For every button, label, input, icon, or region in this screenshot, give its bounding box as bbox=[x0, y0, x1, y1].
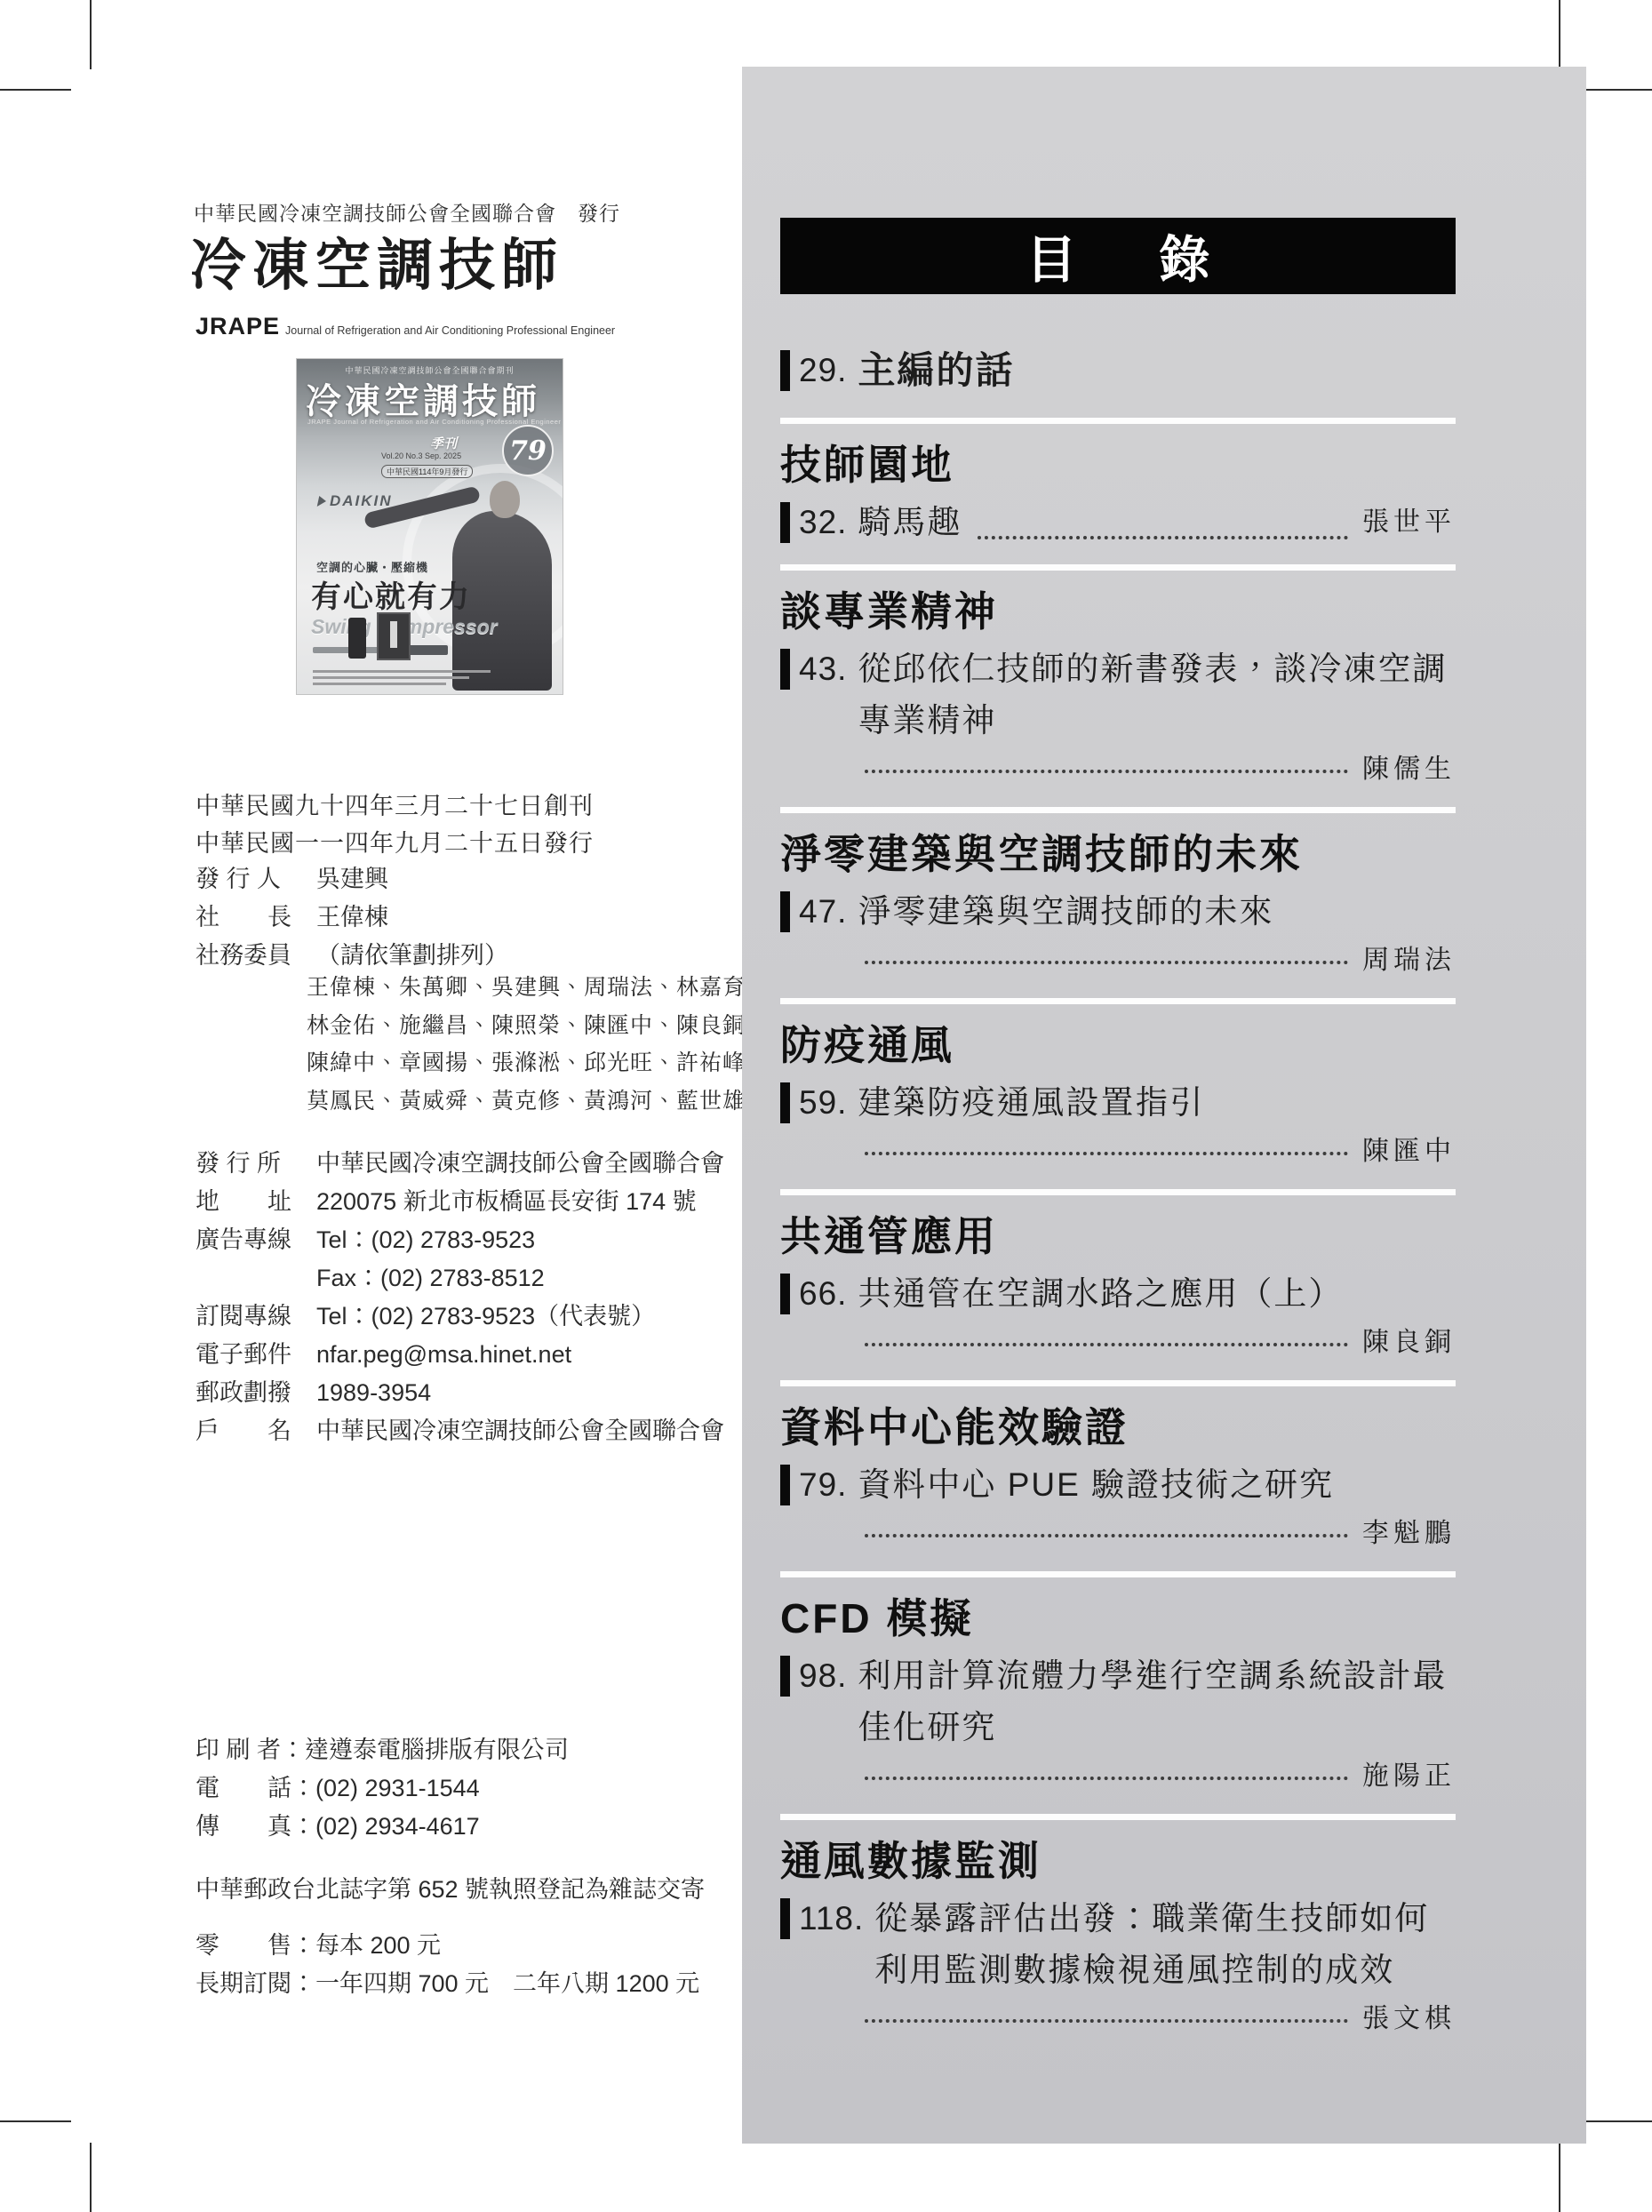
printer-info: 印 刷 者：達遵泰電腦排版有限公司 電 話：(02) 2931-1544 傳 真… bbox=[196, 1731, 569, 1846]
jrape-wordmark: JRAPE bbox=[196, 313, 280, 339]
author-row: 施陽正 bbox=[780, 1753, 1456, 1793]
entry-page-number: 118. bbox=[799, 1893, 864, 1996]
printer-phone-line: 電 話：(02) 2931-1544 bbox=[196, 1769, 569, 1808]
section-header: 防疫通風 bbox=[780, 1022, 1456, 1068]
dot-leader bbox=[865, 1129, 1348, 1155]
printer-line: 印 刷 者：達遵泰電腦排版有限公司 bbox=[196, 1731, 569, 1769]
author-name: 陳良銅 bbox=[1362, 1320, 1456, 1359]
entry-tick-icon bbox=[780, 502, 790, 543]
printer-fax-line: 傳 真：(02) 2934-4617 bbox=[196, 1808, 569, 1846]
section-divider bbox=[780, 418, 1456, 424]
info-value: Fax：(02) 2783-8512 bbox=[316, 1259, 746, 1298]
cover-fineprint-bar bbox=[313, 670, 491, 673]
entry-title: 主編的話 bbox=[858, 345, 1456, 396]
entry-title: 淨零建築與空調技師的未來 bbox=[858, 886, 1456, 938]
cover-title: 冷凍空調技師 bbox=[306, 373, 540, 424]
dot-leader bbox=[865, 938, 1348, 964]
toc-header-title: 目 錄 bbox=[1010, 220, 1226, 292]
committee-row: 林金佑、施繼昌、陳照榮、陳匯中、陳良銅 bbox=[307, 1007, 746, 1045]
section-header: 共通管應用 bbox=[780, 1213, 1456, 1259]
section-header: 通風數據監測 bbox=[780, 1838, 1456, 1884]
section-divider bbox=[780, 1571, 1456, 1577]
crop-mark-top-right-h bbox=[1581, 89, 1652, 91]
entry-title: 騎馬趣 bbox=[858, 497, 962, 552]
section-divider bbox=[780, 1189, 1456, 1195]
cover-volume-line: Vol.20 No.3 Sep. 2025 bbox=[381, 451, 461, 460]
cover-person-head bbox=[490, 481, 520, 518]
toc-entry: 59. 建築防疫通風設置指引 bbox=[780, 1077, 1456, 1129]
author-row: 李魁鵬 bbox=[780, 1511, 1456, 1550]
postal-registration-line: 中華郵政台北誌字第 652 號執照登記為雜誌交寄 bbox=[196, 1870, 705, 1905]
committee-label: 社務委員 bbox=[196, 937, 304, 975]
committee-row: 莫鳳民、黃威舜、黃克修、黃鴻河、藍世雄 bbox=[307, 1082, 746, 1121]
info-label: 地 址 bbox=[196, 1183, 304, 1221]
author-row: 陳儒生 bbox=[780, 747, 1456, 786]
journal-subtitle-line: JRAPEJournal of Refrigeration and Air Co… bbox=[196, 313, 615, 340]
cover-slogan: 有心就有力 bbox=[311, 572, 471, 616]
entry-tick-icon bbox=[780, 1274, 790, 1314]
toc-entry-editors-note: 29. 主編的話 bbox=[780, 345, 1456, 396]
entry-tick-icon bbox=[780, 1465, 790, 1505]
toc-entry: 79. 資料中心 PUE 驗證技術之研究 bbox=[780, 1459, 1456, 1511]
entry-title: 共通管在空調水路之應用（上） bbox=[858, 1268, 1456, 1320]
entry-title: 利用計算流體力學進行空調系統設計最佳化研究 bbox=[858, 1650, 1456, 1753]
author-name: 周瑞法 bbox=[1362, 938, 1456, 977]
info-value: 220075 新北市板橋區長安街 174 號 bbox=[316, 1183, 746, 1221]
crop-mark-bottom-right-v bbox=[1559, 2143, 1560, 2212]
cover-compressor-thumb bbox=[348, 618, 366, 659]
dot-leader bbox=[865, 1320, 1348, 1346]
toc-entry: 98. 利用計算流體力學進行空調系統設計最佳化研究 bbox=[780, 1650, 1456, 1753]
dot-leader bbox=[865, 1511, 1348, 1537]
info-value: Tel：(02) 2783-9523 bbox=[316, 1221, 746, 1259]
toc-entry: 118. 從暴露評估出發：職業衛生技師如何利用監測數據檢視通風控制的成效 bbox=[780, 1893, 1456, 1996]
section-header: 技師園地 bbox=[780, 442, 1456, 488]
section-divider bbox=[780, 1814, 1456, 1820]
entry-tick-icon bbox=[780, 1082, 790, 1123]
issued-line: 中華民國一一四年九月二十五日發行 bbox=[196, 825, 594, 862]
info-value: 中華民國冷凍空調技師公會全國聯合會 bbox=[316, 1145, 746, 1183]
author-name: 張文棋 bbox=[1362, 1996, 1456, 2035]
daikin-logo: DAIKIN bbox=[318, 492, 393, 510]
cover-product-thumb bbox=[377, 612, 411, 660]
info-label: 郵政劃撥 bbox=[196, 1374, 304, 1412]
crop-mark-top-left-h bbox=[0, 89, 71, 91]
author-name: 施陽正 bbox=[1362, 1753, 1456, 1793]
entry-page-number: 98. bbox=[799, 1650, 847, 1753]
info-label: 發 行 所 bbox=[196, 1145, 304, 1183]
section-header: CFD 模擬 bbox=[780, 1595, 1456, 1641]
subscription-price-line: 長期訂閱：一年四期 700 元 二年八期 1200 元 bbox=[196, 1965, 699, 2003]
committee-name-rows: 王偉棟、朱萬卿、吳建興、周瑞法、林嘉育 林金佑、施繼昌、陳照榮、陳匯中、陳良銅 … bbox=[307, 969, 746, 1120]
magazine-toc-page: { "masthead": { "org_line": "中華民國冷凍空調技師公… bbox=[0, 0, 1652, 2212]
dot-leader bbox=[865, 1753, 1348, 1780]
author-row: 陳匯中 bbox=[780, 1129, 1456, 1168]
section-divider bbox=[780, 564, 1456, 571]
committee-row: 陳緯中、章國揚、張滌淞、邱光旺、許祐峰 bbox=[307, 1044, 746, 1082]
jrape-subtitle: Journal of Refrigeration and Air Conditi… bbox=[285, 324, 615, 337]
author-name: 張世平 bbox=[1362, 497, 1456, 548]
retail-price-line: 零 售：每本 200 元 bbox=[196, 1927, 699, 1965]
crop-mark-top-right-v bbox=[1559, 0, 1560, 69]
publication-dates: 中華民國九十四年三月二十七日創刊 中華民國一一四年九月二十五日發行 bbox=[196, 787, 594, 862]
entry-title: 從暴露評估出發：職業衛生技師如何利用監測數據檢視通風控制的成效 bbox=[874, 1893, 1456, 1996]
author-row: 張文棋 bbox=[780, 1996, 1456, 2035]
crop-mark-top-left-v bbox=[90, 0, 92, 69]
cover-quarterly-label: 季刊 bbox=[430, 434, 457, 452]
entry-page-number: 32. bbox=[799, 497, 847, 552]
section-header: 談專業精神 bbox=[780, 588, 1456, 635]
contact-info-grid: 發 行 所 中華民國冷凍空調技師公會全國聯合會 地 址 220075 新北市板橋… bbox=[196, 1145, 746, 1450]
info-label: 戶 名 bbox=[196, 1412, 304, 1450]
author-name: 李魁鵬 bbox=[1362, 1511, 1456, 1550]
daikin-triangle-icon bbox=[317, 496, 328, 507]
info-label: 廣告專線 bbox=[196, 1221, 304, 1259]
cover-issue-badge: 79 bbox=[502, 425, 554, 476]
crop-mark-bottom-left-v bbox=[90, 2143, 92, 2212]
author-name: 陳匯中 bbox=[1362, 1129, 1456, 1168]
entry-tick-icon bbox=[780, 891, 790, 932]
entry-page-number: 43. bbox=[799, 643, 847, 747]
info-label: 訂閱專線 bbox=[196, 1298, 304, 1336]
dot-leader bbox=[865, 1996, 1348, 2023]
info-value: Tel：(02) 2783-9523（代表號） bbox=[316, 1298, 746, 1336]
info-label bbox=[196, 1259, 304, 1298]
president-value: 王偉棟 bbox=[316, 898, 746, 937]
section-header: 資料中心能效驗證 bbox=[780, 1404, 1456, 1450]
toc-entry: 43. 從邱依仁技師的新書發表，談冷凍空調專業精神 bbox=[780, 643, 1456, 747]
author-name: 陳儒生 bbox=[1362, 747, 1456, 786]
section-divider bbox=[780, 807, 1456, 813]
magazine-cover: 中華民國冷凍空調技師公會全國聯合會期刊 冷凍空調技師 JRAPE Journal… bbox=[296, 358, 563, 695]
section-divider bbox=[780, 1380, 1456, 1386]
info-value: nfar.peg@msa.hinet.net bbox=[316, 1336, 746, 1374]
cover-fineprint-bar bbox=[313, 676, 469, 679]
section-header: 淨零建築與空調技師的未來 bbox=[780, 831, 1456, 877]
cover-publish-line: 中華民國114年9月發行 bbox=[381, 465, 473, 478]
publisher-label: 發 行 人 bbox=[196, 860, 304, 898]
entry-title: 建築防疫通風設置指引 bbox=[858, 1077, 1456, 1129]
publisher-value: 吳建興 bbox=[316, 860, 746, 898]
entry-title: 資料中心 PUE 驗證技術之研究 bbox=[858, 1459, 1456, 1511]
toc-entry: 47. 淨零建築與空調技師的未來 bbox=[780, 886, 1456, 938]
info-value: 1989-3954 bbox=[316, 1374, 746, 1412]
entry-tick-icon bbox=[780, 1898, 790, 1939]
journal-title: 冷凍空調技師 bbox=[190, 220, 563, 301]
toc-entry: 32. 騎馬趣 張世平 bbox=[780, 497, 1456, 552]
president-label: 社 長 bbox=[196, 898, 304, 937]
toc-header-bar: 目 錄 bbox=[780, 218, 1456, 294]
entry-page-number: 79. bbox=[799, 1459, 847, 1511]
crop-mark-bottom-left-h bbox=[0, 2120, 71, 2122]
entry-page-number: 66. bbox=[799, 1268, 847, 1320]
dot-leader bbox=[978, 497, 1348, 539]
entry-page-number: 29. bbox=[799, 345, 847, 396]
author-row: 周瑞法 bbox=[780, 938, 1456, 977]
entry-page-number: 47. bbox=[799, 886, 847, 938]
info-label: 電子郵件 bbox=[196, 1336, 304, 1374]
section-divider bbox=[780, 998, 1456, 1004]
dot-leader bbox=[865, 747, 1348, 773]
toc-entry: 66. 共通管在空調水路之應用（上） bbox=[780, 1268, 1456, 1320]
crop-mark-bottom-right-h bbox=[1581, 2120, 1652, 2122]
entry-tick-icon bbox=[780, 1656, 790, 1697]
pricing-info: 零 售：每本 200 元 長期訂閱：一年四期 700 元 二年八期 1200 元 bbox=[196, 1927, 699, 2003]
staff-info-grid: 發 行 人 吳建興 社 長 王偉棟 社務委員 （請依筆劃排列） bbox=[196, 860, 746, 975]
daikin-wordmark: DAIKIN bbox=[330, 492, 393, 510]
author-row: 陳良銅 bbox=[780, 1320, 1456, 1359]
entry-tick-icon bbox=[780, 649, 790, 690]
founded-line: 中華民國九十四年三月二十七日創刊 bbox=[196, 787, 594, 825]
entry-title: 從邱依仁技師的新書發表，談冷凍空調專業精神 bbox=[858, 643, 1456, 747]
cover-fineprint-bar bbox=[313, 683, 446, 685]
committee-row: 王偉棟、朱萬卿、吳建興、周瑞法、林嘉育 bbox=[307, 969, 746, 1007]
entry-tick-icon bbox=[780, 350, 790, 391]
info-value: 中華民國冷凍空調技師公會全國聯合會 bbox=[316, 1412, 746, 1450]
entry-page-number: 59. bbox=[799, 1077, 847, 1129]
toc-panel: 目 錄 29. 主編的話 技師園地 32. 騎馬趣 張世平 談專業精神 43. … bbox=[742, 67, 1586, 2144]
